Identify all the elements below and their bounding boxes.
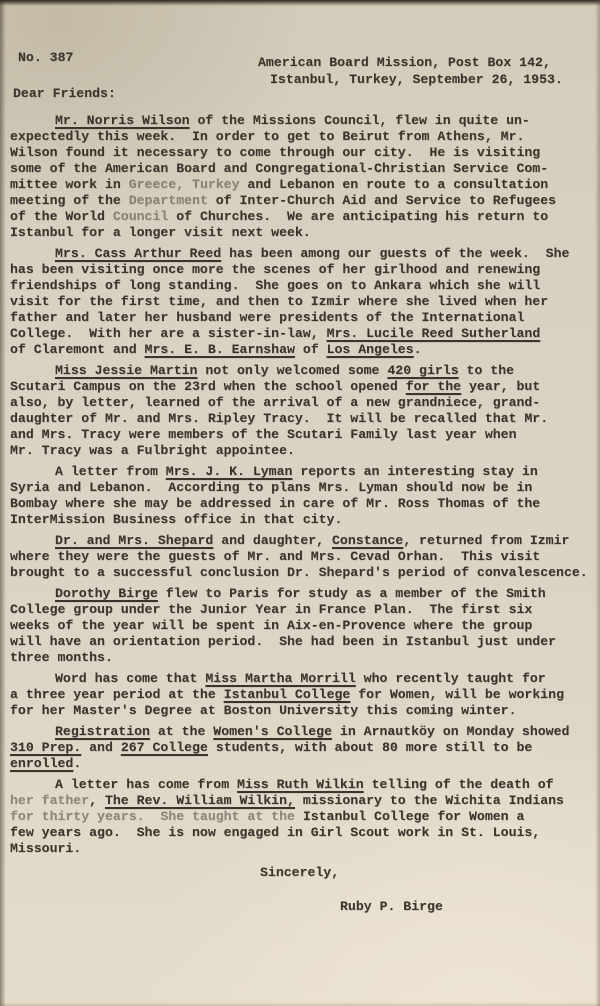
text-line: Bombay where she may be addressed in car… (10, 496, 596, 512)
text-line: 310 Prep. and 267 College students, with… (10, 740, 596, 756)
text-line: for thirty years. She taught at the Ista… (10, 809, 596, 825)
underlined-text: Constance (332, 533, 403, 548)
text-segment: . (73, 756, 81, 771)
underlined-text: 310 Prep. (10, 740, 81, 755)
text-line: of the World Council of Churches. We are… (10, 209, 596, 225)
text-segment: meeting of the (10, 193, 129, 208)
sender-address-line-1: American Board Mission, Post Box 142, (258, 55, 551, 71)
letter-number: No. 387 (18, 50, 73, 66)
text-segment: will have an orientation period. She had… (10, 634, 556, 649)
text-segment: College group under the Junior Year in F… (10, 602, 532, 617)
text-line: friendships of long standing. She goes o… (10, 278, 596, 294)
underlined-text: Mr. Norris Wilson (55, 113, 190, 128)
underlined-text: Women's College (213, 724, 332, 739)
text-line: has been visiting once more the scenes o… (10, 262, 596, 278)
text-line: Wilson found it necessary to come throug… (10, 145, 596, 161)
text-line: will have an orientation period. She had… (10, 634, 596, 650)
text-segment: brought to a successful conclusion Dr. S… (10, 565, 588, 580)
text-segment: expectedly this week. In order to get to… (10, 129, 524, 144)
text-segment: friendships of long standing. She goes o… (10, 278, 540, 293)
text-segment: missionary to the Wichita Indians (295, 793, 564, 808)
text-segment: who recently taught for (356, 671, 546, 686)
salutation: Dear Friends: (13, 86, 116, 102)
text-line: also, by letter, learned of the arrival … (10, 395, 596, 411)
text-line: where they were the guests of Mr. and Mr… (10, 549, 596, 565)
text-line: expectedly this week. In order to get to… (10, 129, 596, 145)
closing: Sincerely, (260, 865, 596, 881)
text-line: few years ago. She is now engaged in Gir… (10, 825, 596, 841)
letter-body: Mr. Norris Wilson of the Missions Counci… (10, 113, 596, 915)
text-segment: some of the American Board and Congregat… (10, 161, 548, 176)
text-segment: three months. (10, 650, 113, 665)
text-segment: Bombay where she may be addressed in car… (10, 496, 540, 511)
text-segment: weeks of the year will be spent in Aix-e… (10, 618, 532, 633)
text-segment: her father (10, 793, 89, 808)
text-segment: daughter of Mr. and Mrs. Ripley Tracy. I… (10, 411, 548, 426)
underlined-text: for the (406, 379, 461, 394)
sender-address-line-2: Istanbul, Turkey, September 26, 1953. (270, 72, 563, 88)
text-segment: father and later her husband were presid… (10, 310, 524, 325)
text-segment: and Lebanon en route to a consultation (240, 177, 549, 192)
paragraph: Word has come that Miss Martha Morrill w… (10, 671, 596, 719)
text-line: Registration at the Women's College in A… (10, 724, 596, 740)
underlined-text: Miss Jessie Martin (55, 363, 197, 378)
text-segment: A letter from (55, 464, 166, 479)
text-line: some of the American Board and Congregat… (10, 161, 596, 177)
text-segment: Greece, Turkey (129, 177, 240, 192)
text-segment: , (89, 793, 105, 808)
text-line: InterMission Business office in that cit… (10, 512, 596, 528)
underlined-text: 267 College (121, 740, 208, 755)
text-line: of Claremont and Mrs. E. B. Earnshaw of … (10, 342, 596, 358)
text-segment: at the (150, 724, 213, 739)
text-line: visit for the first time, and then to Iz… (10, 294, 596, 310)
text-line: enrolled. (10, 756, 596, 772)
text-line: Dorothy Birge flew to Paris for study as… (10, 586, 596, 602)
text-segment: Wilson found it necessary to come throug… (10, 145, 540, 160)
text-segment: of the World (10, 209, 113, 224)
paragraph: Mrs. Cass Arthur Reed has been among our… (10, 246, 596, 358)
text-line: Dr. and Mrs. Shepard and daughter, Const… (10, 533, 596, 549)
text-segment: Istanbul for a longer visit next week. (10, 225, 311, 240)
underlined-text: enrolled (10, 756, 73, 771)
text-segment: has been among our guests of the week. S… (221, 246, 569, 261)
text-line: father and later her husband were presid… (10, 310, 596, 326)
signature: Ruby P. Birge (340, 899, 596, 915)
text-segment: InterMission Business office in that cit… (10, 512, 342, 527)
underlined-text: Dorothy Birge (55, 586, 158, 601)
paragraph: A letter has come from Miss Ruth Wilkin … (10, 777, 596, 857)
text-segment: also, by letter, learned of the arrival … (10, 395, 540, 410)
text-line: A letter from Mrs. J. K. Lyman reports a… (10, 464, 596, 480)
text-segment: for thirty years. She taught at the (10, 809, 295, 824)
underlined-text: Registration (55, 724, 150, 739)
text-line: Mr. Norris Wilson of the Missions Counci… (10, 113, 596, 129)
text-segment: in Arnautköy on Monday showed (332, 724, 569, 739)
text-segment: Word has come that (55, 671, 205, 686)
text-line: three months. (10, 650, 596, 666)
text-line: College. With her are a sister-in-law, M… (10, 326, 596, 342)
text-segment: reports an interesting stay in (292, 464, 537, 479)
text-line: a three year period at the Istanbul Coll… (10, 687, 596, 703)
text-segment: of the Missions Council, flew in quite u… (190, 113, 530, 128)
text-line: daughter of Mr. and Mrs. Ripley Tracy. I… (10, 411, 596, 427)
letter-scan: No. 387 American Board Mission, Post Box… (0, 0, 600, 1006)
text-segment: Council (113, 209, 168, 224)
text-line: her father, The Rev. William Wilkin, mis… (10, 793, 596, 809)
text-segment: , returned from Izmir (403, 533, 569, 548)
text-segment: where they were the guests of Mr. and Mr… (10, 549, 540, 564)
underlined-text: Mrs. Cass Arthur Reed (55, 246, 221, 261)
text-segment: telling of the death of (364, 777, 554, 792)
text-segment: of Claremont and (10, 342, 145, 357)
text-line: Missouri. (10, 841, 596, 857)
text-segment: and Mrs. Tracy were members of the Scuta… (10, 427, 516, 442)
underlined-text: Istanbul College (224, 687, 351, 702)
paper-top-edge (0, 0, 600, 6)
paragraph: Registration at the Women's College in A… (10, 724, 596, 772)
text-line: mittee work in Greece, Turkey and Lebano… (10, 177, 596, 193)
text-segment: students, with about 80 more still to be (208, 740, 532, 755)
text-line: A letter has come from Miss Ruth Wilkin … (10, 777, 596, 793)
underlined-text: Miss Martha Morrill (205, 671, 355, 686)
text-segment: and (81, 740, 121, 755)
paragraph: Dorothy Birge flew to Paris for study as… (10, 586, 596, 666)
text-segment: not only welcomed some (197, 363, 387, 378)
text-line: Mr. Tracy was a Fulbright appointee. (10, 443, 596, 459)
underlined-text: Mrs. J. K. Lyman (166, 464, 293, 479)
text-segment: of Inter-Church Aid and Service to Refug… (208, 193, 556, 208)
text-segment: few years ago. She is now engaged in Gir… (10, 825, 540, 840)
text-line: weeks of the year will be spent in Aix-e… (10, 618, 596, 634)
underlined-text: Dr. and Mrs. Shepard (55, 533, 213, 548)
text-segment: to the (459, 363, 514, 378)
underlined-text: The Rev. William Wilkin, (105, 793, 295, 808)
text-segment: year, but (461, 379, 540, 394)
text-segment: for her Master's Degree at Boston Univer… (10, 703, 516, 718)
text-segment: mittee work in (10, 177, 129, 192)
text-line: College group under the Junior Year in F… (10, 602, 596, 618)
text-line: for her Master's Degree at Boston Univer… (10, 703, 596, 719)
text-segment: flew to Paris for study as a member of t… (158, 586, 546, 601)
text-segment: visit for the first time, and then to Iz… (10, 294, 548, 309)
underlined-text: 420 girls (387, 363, 458, 378)
text-segment: and daughter, (213, 533, 332, 548)
text-segment: Scutari Campus on the 23rd when the scho… (10, 379, 406, 394)
text-segment: has been visiting once more the scenes o… (10, 262, 540, 277)
text-segment: of Churches. We are anticipating his ret… (168, 209, 548, 224)
paragraph: Miss Jessie Martin not only welcomed som… (10, 363, 596, 459)
text-segment: of (295, 342, 327, 357)
underlined-text: Mrs. E. B. Earnshaw (145, 342, 295, 357)
underlined-text: Miss Ruth Wilkin (237, 777, 364, 792)
text-segment: A letter has come from (55, 777, 237, 792)
underlined-text: Los Angeles (327, 342, 414, 357)
text-line: brought to a successful conclusion Dr. S… (10, 565, 596, 581)
text-line: Istanbul for a longer visit next week. (10, 225, 596, 241)
paragraph: A letter from Mrs. J. K. Lyman reports a… (10, 464, 596, 528)
text-line: Word has come that Miss Martha Morrill w… (10, 671, 596, 687)
text-line: Miss Jessie Martin not only welcomed som… (10, 363, 596, 379)
text-segment: a three year period at the (10, 687, 224, 702)
text-segment: for Women, will be working (350, 687, 564, 702)
text-line: Syria and Lebanon. According to plans Mr… (10, 480, 596, 496)
text-line: meeting of the Department of Inter-Churc… (10, 193, 596, 209)
text-segment: Department (129, 193, 208, 208)
text-segment: Istanbul College for Women a (295, 809, 525, 824)
text-segment: . (414, 342, 422, 357)
paper-bottom-edge (0, 1002, 600, 1006)
text-line: Mrs. Cass Arthur Reed has been among our… (10, 246, 596, 262)
text-segment: Missouri. (10, 841, 81, 856)
text-segment: College. With her are a sister-in-law, (10, 326, 327, 341)
text-line: and Mrs. Tracy were members of the Scuta… (10, 427, 596, 443)
underlined-text: Mrs. Lucile Reed Sutherland (327, 326, 541, 341)
paper-left-edge (0, 0, 6, 1006)
text-segment: Syria and Lebanon. According to plans Mr… (10, 480, 532, 495)
paragraph: Dr. and Mrs. Shepard and daughter, Const… (10, 533, 596, 581)
text-line: Scutari Campus on the 23rd when the scho… (10, 379, 596, 395)
paragraph: Mr. Norris Wilson of the Missions Counci… (10, 113, 596, 241)
text-segment: Mr. Tracy was a Fulbright appointee. (10, 443, 295, 458)
